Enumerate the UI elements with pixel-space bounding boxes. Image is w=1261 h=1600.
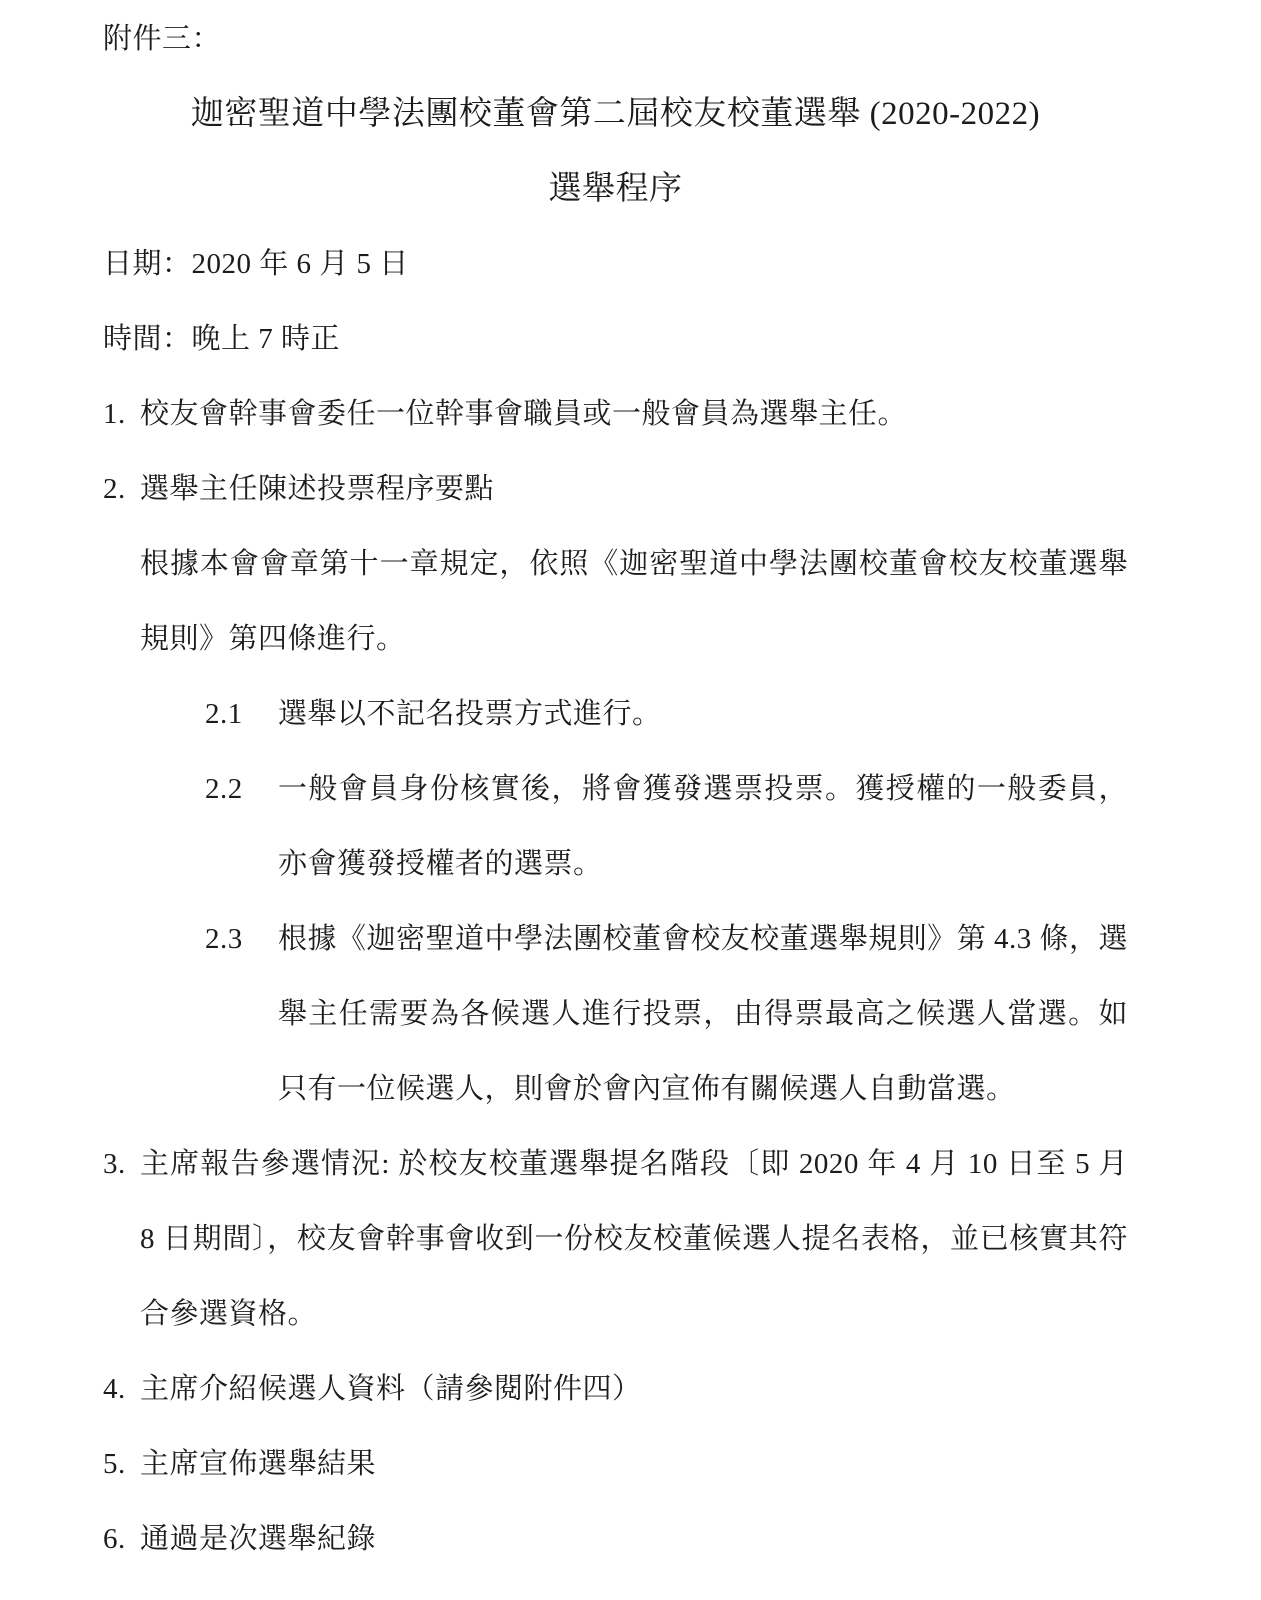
list-item-1: 1. 校友會幹事會委任一位幹事會職員或一般會員為選舉主任。 (103, 377, 1128, 452)
list-item-3: 3. 主席報告參選情況: 於校友校董選舉提名階段〔即 2020 年 4 月 10… (103, 1127, 1128, 1352)
list-item-number: 3. (103, 1127, 140, 1202)
list-item-text: 主席介紹候選人資料（請參閱附件四） (140, 1352, 1128, 1427)
list-subitem-2-1: 2.1 選舉以不記名投票方式進行。 (205, 677, 1128, 752)
list-item-number: 2. (103, 452, 140, 527)
list-item-number: 6. (103, 1502, 140, 1577)
list-subitem-number: 2.1 (205, 677, 278, 752)
list-item-number: 4. (103, 1352, 140, 1427)
list-item-number: 1. (103, 377, 140, 452)
list-item-4: 4. 主席介紹候選人資料（請參閱附件四） (103, 1352, 1128, 1427)
list-subitem-number: 2.2 (205, 752, 278, 827)
list-subitem-2-2: 2.2 一般會員身份核實後，將會獲發選票投票。獲授權的一般委員，亦會獲發授權者的… (205, 752, 1128, 902)
list-item-text: 校友會幹事會委任一位幹事會職員或一般會員為選舉主任。 (140, 377, 1128, 452)
time-line: 時間：晚上 7 時正 (103, 302, 1128, 377)
list-item-2: 2. 選舉主任陳述投票程序要點 (103, 452, 1128, 527)
list-subitem-2-3: 2.3 根據《迦密聖道中學法團校董會校友校董選舉規則》第 4.3 條，選舉主任需… (205, 902, 1128, 1127)
attachment-label: 附件三： (103, 2, 1128, 77)
list-item-text: 選舉主任陳述投票程序要點 (140, 452, 1128, 527)
doc-subtitle: 選舉程序 (103, 152, 1128, 227)
document-page: 附件三： 迦密聖道中學法團校董會第二屆校友校董選舉 (2020-2022) 選舉… (0, 0, 1261, 1577)
list-subitem-text: 根據《迦密聖道中學法團校董會校友校董選舉規則》第 4.3 條，選舉主任需要為各候… (278, 902, 1128, 1127)
list-subitem-number: 2.3 (205, 902, 278, 977)
list-subitem-text: 選舉以不記名投票方式進行。 (278, 677, 1128, 752)
list-subitem-text: 一般會員身份核實後，將會獲發選票投票。獲授權的一般委員，亦會獲發授權者的選票。 (278, 752, 1128, 902)
list-item-5: 5. 主席宣佈選舉結果 (103, 1427, 1128, 1502)
list-item-text: 通過是次選舉紀錄 (140, 1502, 1128, 1577)
date-line: 日期：2020 年 6 月 5 日 (103, 227, 1128, 302)
doc-title: 迦密聖道中學法團校董會第二屆校友校董選舉 (2020-2022) (103, 77, 1128, 152)
list-item-2-body: 根據本會會章第十一章規定，依照《迦密聖道中學法團校董會校友校董選舉規則》第四條進… (140, 527, 1128, 677)
list-item-number: 5. (103, 1427, 140, 1502)
list-item-text: 主席宣佈選舉結果 (140, 1427, 1128, 1502)
list-item-6: 6. 通過是次選舉紀錄 (103, 1502, 1128, 1577)
list-item-text: 主席報告參選情況: 於校友校董選舉提名階段〔即 2020 年 4 月 10 日至… (140, 1127, 1128, 1352)
